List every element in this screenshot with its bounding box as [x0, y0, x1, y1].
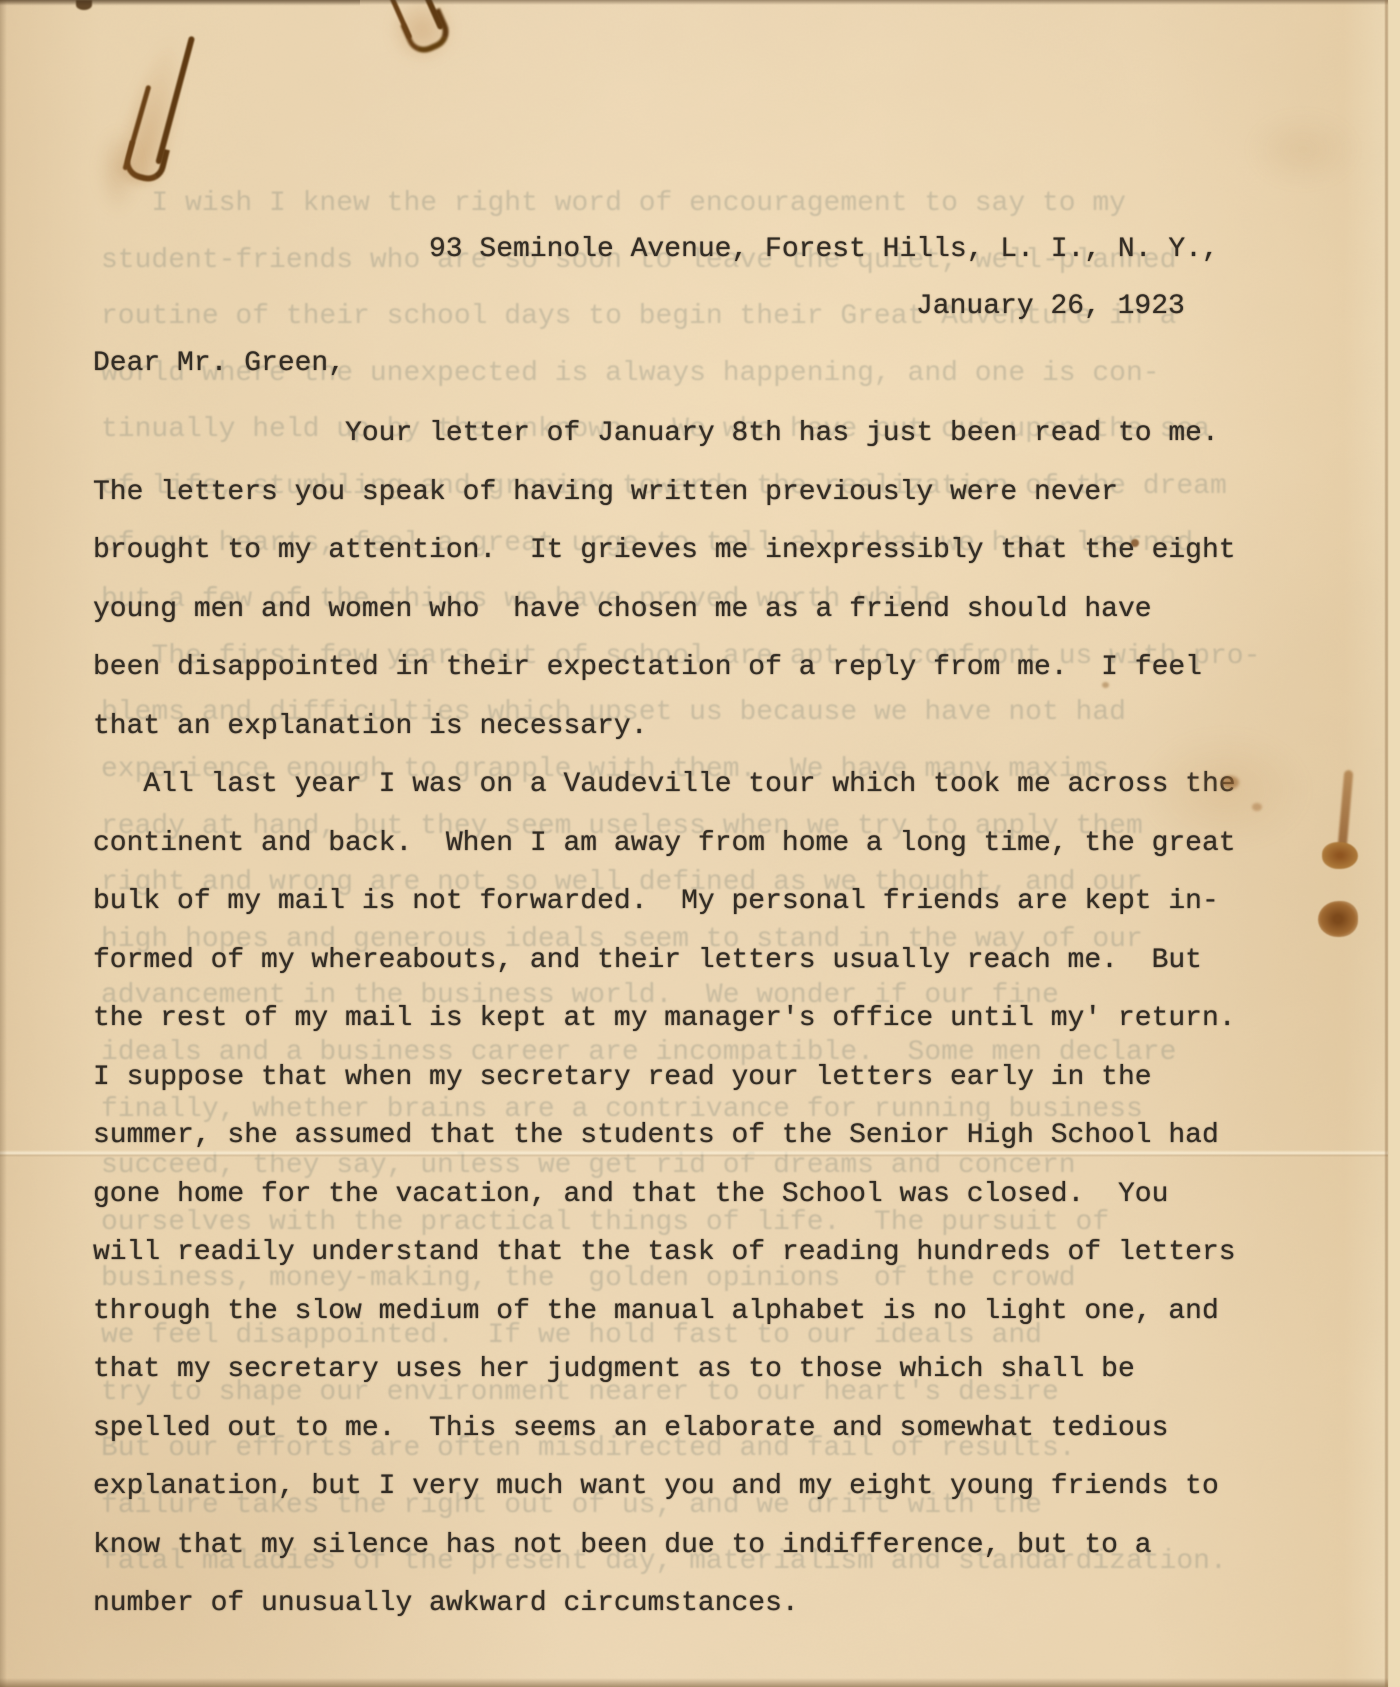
- letter-line: that an explanation is necessary.: [93, 713, 648, 741]
- letter-line: know that my silence has not been due to…: [93, 1532, 1152, 1560]
- letter-line: number of unusually awkward circumstance…: [93, 1590, 799, 1618]
- paper-edge-right-line: [1385, 0, 1388, 1687]
- letter-line: explanation, but I very much want you an…: [93, 1473, 1219, 1501]
- paper-edge-right: [1388, 0, 1400, 1687]
- paper-edge-top-dark: [0, 0, 360, 6]
- rust-smudge: [96, 128, 140, 214]
- paper-edge-bottom: [0, 1678, 1400, 1687]
- corner-mottling: [1248, 112, 1358, 187]
- ink-speck: [1102, 682, 1109, 688]
- date-line: January 26, 1923: [916, 293, 1185, 321]
- rust-stain-blob: [1318, 901, 1358, 937]
- letter-line: young men and women who have chosen me a…: [93, 596, 1152, 624]
- letter-line: The letters you speak of having written …: [93, 479, 1118, 507]
- letter-line: I suppose that when my secretary read yo…: [93, 1064, 1152, 1092]
- letter-line: All last year I was on a Vaudeville tour…: [93, 771, 1236, 799]
- letter-line: continent and back. When I am away from …: [93, 830, 1236, 858]
- letter-line: the rest of my mail is kept at my manage…: [93, 1005, 1236, 1033]
- rust-freckle: [1222, 776, 1239, 789]
- ink-speck: [1131, 539, 1139, 547]
- letter-line: spelled out to me. This seems an elabora…: [93, 1415, 1168, 1443]
- paper-edge-left: [0, 0, 7, 1687]
- letter-line: that my secretary uses her judgment as t…: [93, 1356, 1135, 1384]
- letter-line: through the slow medium of the manual al…: [93, 1298, 1219, 1326]
- letter-line: brought to my attention. It grieves me i…: [93, 537, 1236, 565]
- letter-line: bulk of my mail is not forwarded. My per…: [93, 888, 1219, 916]
- rust-freckle: [1252, 803, 1262, 811]
- salutation: Dear Mr. Green,: [93, 350, 345, 378]
- letter-line: will readily understand that the task of…: [93, 1239, 1236, 1267]
- bleed-through-line: business, money-making, the golden opini…: [101, 1265, 1076, 1293]
- rust-stain-blob: [1322, 842, 1358, 869]
- letter-line: summer, she assumed that the students of…: [93, 1122, 1219, 1150]
- letter-line: Your letter of January 8th has just been…: [93, 420, 1219, 448]
- letter-line: formed of my whereabouts, and their lett…: [93, 947, 1202, 975]
- return-address: 93 Seminole Avenue, Forest Hills, L. I.,…: [429, 236, 1219, 264]
- fold-crease: [0, 1150, 1400, 1157]
- bleed-through-line: ourselves with the practical things of l…: [101, 1209, 1109, 1237]
- rust-stain-streak: [1338, 770, 1354, 848]
- letter-scan-page: I wish I knew the right word of encourag…: [0, 0, 1400, 1687]
- paperclip-rust-mark-2: [362, 0, 483, 84]
- letter-line: gone home for the vacation, and that the…: [93, 1181, 1168, 1209]
- bleed-through-line: I wish I knew the right word of encourag…: [101, 190, 1126, 218]
- letter-line: been disappointed in their expectation o…: [93, 654, 1202, 682]
- rust-stain-soft-patch: [1140, 730, 1310, 850]
